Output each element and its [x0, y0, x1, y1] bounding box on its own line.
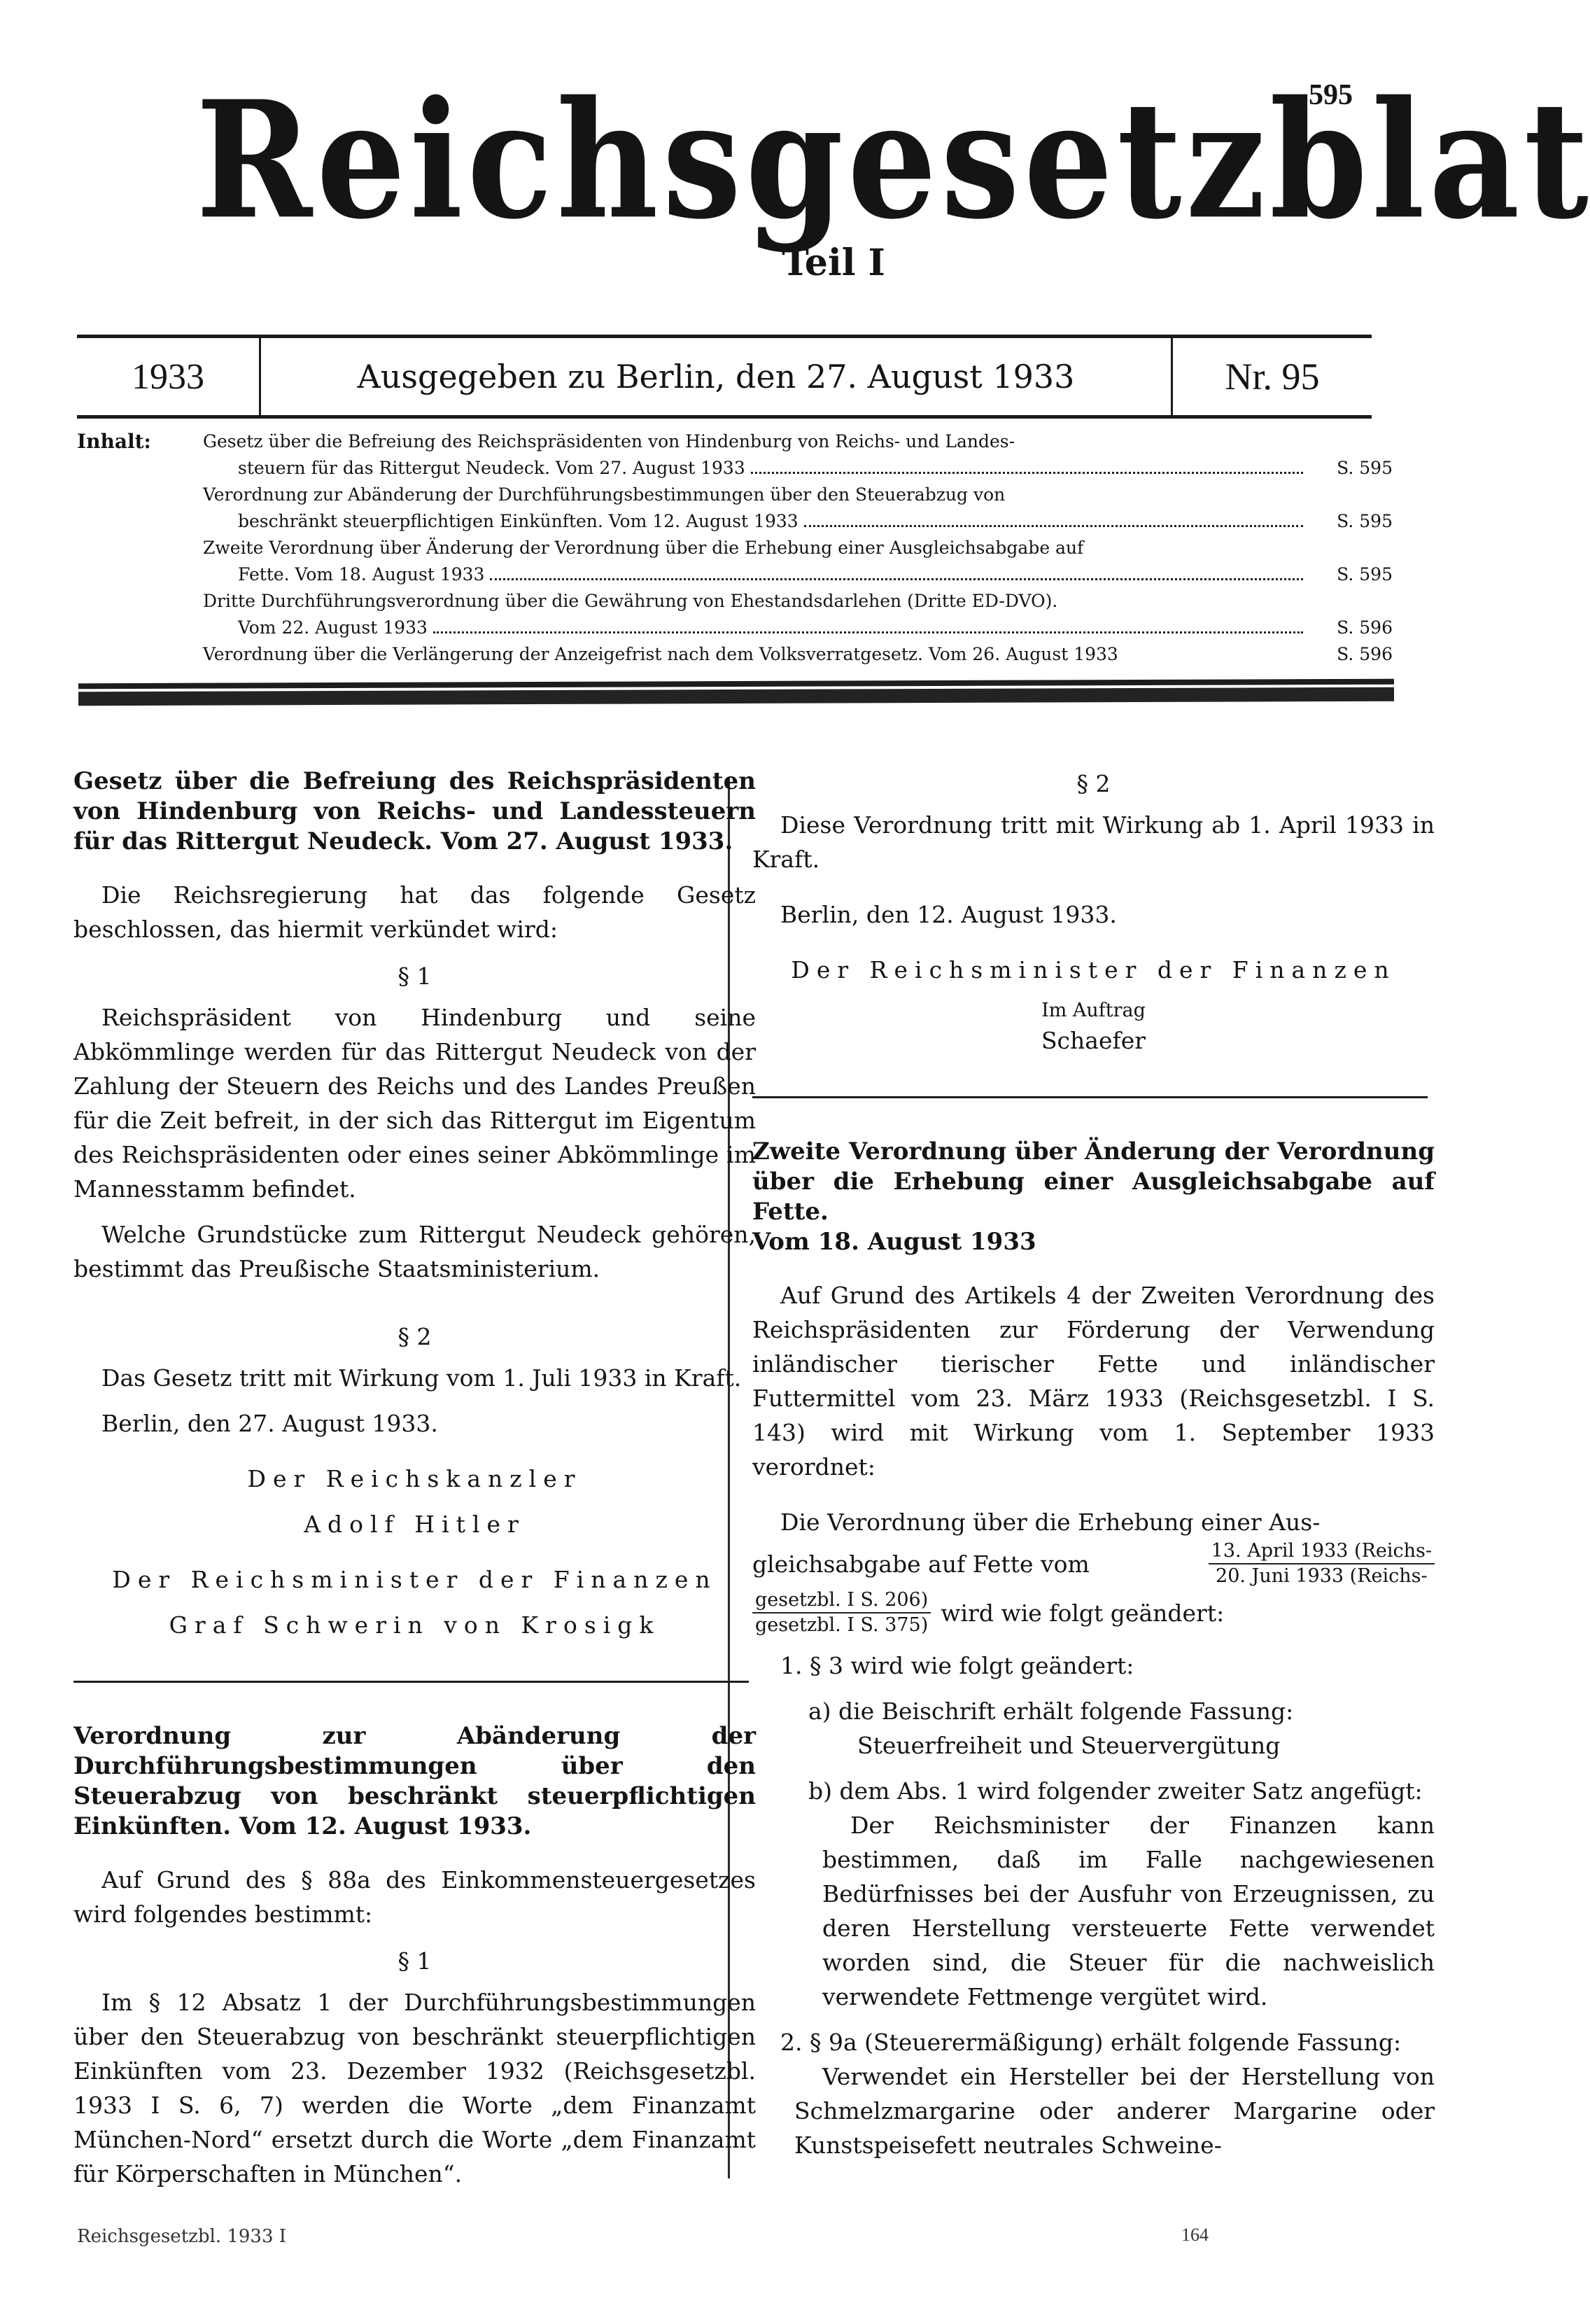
contents-item-title-cont: beschränkt steuerpflichtigen Einkünften.… [238, 508, 798, 535]
fraction-top: 13. April 1933 (Reichs- [1209, 1539, 1435, 1564]
amend-item-1a: a) die Beischrift erhält folgende Fassun… [752, 1694, 1435, 1728]
contents-item[interactable]: Zweite Verordnung über Änderung der Vero… [203, 535, 1393, 588]
contents-label: Inhalt: [77, 428, 151, 455]
signatory-title-chancellor: Der Reichskanzler [73, 1462, 756, 1496]
issue-date: Ausgegeben zu Berlin, den 27. August 193… [261, 338, 1173, 415]
contents-item-title: Dritte Durchführungsverordnung über die … [203, 588, 1309, 615]
part-label: Teil I [0, 241, 1590, 284]
section-2-text: Diese Verordnung tritt mit Wirkung ab 1.… [752, 808, 1435, 876]
contents-item-page: S. 596 [1316, 641, 1393, 668]
page-number: 595 [1309, 78, 1353, 112]
signatory-name: Schaefer [752, 1023, 1435, 1058]
amend-intro-line3: wird wie folgt geändert: [931, 1596, 1224, 1630]
section-sign-2: § 2 [73, 1319, 756, 1354]
signatory-name-chancellor: Adolf Hitler [73, 1507, 756, 1541]
amend-item-1b-text: Der Reichsminister der Finanzen kann bes… [822, 1808, 1435, 2014]
decree-heading-fette: Zweite Verordnung über Änderung der Vero… [752, 1137, 1435, 1227]
issue-number: Nr. 95 [1173, 338, 1372, 415]
issue-year: 1933 [77, 338, 261, 415]
amend-item-2: 2. § 9a (Steuerermäßigung) erhält folgen… [752, 2025, 1435, 2059]
dot-leader [490, 561, 1303, 580]
dot-leader [433, 615, 1303, 633]
contents-item[interactable]: Gesetz über die Befreiung des Reichspräs… [203, 428, 1393, 482]
fraction-bottom: 20. Juni 1933 (Reichs- [1209, 1564, 1435, 1588]
contents-item-title: Zweite Verordnung über Änderung der Vero… [203, 535, 1309, 561]
contents-item-title: Verordnung zur Abänderung der Durchführu… [203, 482, 1309, 508]
footer-sheet-number: 164 [1181, 2225, 1209, 2246]
dot-leader [751, 455, 1303, 474]
law-preamble: Die Reichsregierung hat das folgende Ges… [73, 878, 756, 946]
signatory-on-behalf: Im Auftrag [752, 998, 1435, 1023]
amend-intro-line1: Die Verordnung über die Erhebung einer A… [752, 1505, 1435, 1539]
decree-heading-steuerabzug: Verordnung zur Abänderung der Durchführu… [73, 1721, 756, 1842]
decree-preamble: Auf Grund des § 88a des Einkommensteuerg… [73, 1863, 756, 1931]
section-1-text: Reichspräsident von Hindenburg und seine… [73, 1000, 756, 1206]
dot-leader [804, 508, 1303, 527]
place-date: Berlin, den 12. August 1933. [752, 897, 1435, 932]
contents-list: Gesetz über die Befreiung des Reichspräs… [203, 428, 1393, 668]
place-date: Berlin, den 27. August 1933. [73, 1406, 756, 1441]
section-sign-2: § 2 [752, 766, 1435, 801]
header-rule-thick [78, 687, 1394, 706]
contents-item-title: Gesetz über die Befreiung des Reichspräs… [203, 428, 1309, 455]
amend-intro-fraction-row: gleichsabgabe auf Fette vom 13. April 19… [752, 1539, 1435, 1588]
contents-item[interactable]: Dritte Durchführungsverordnung über die … [203, 588, 1393, 641]
signatory-title-finance: Der Reichsminister der Finanzen [752, 953, 1435, 987]
decree-heading-date: Vom 18. August 1933 [752, 1227, 1435, 1257]
amend-item-1a-text: Steuerfreiheit und Steuervergütung [752, 1728, 1435, 1763]
section-1-text: Im § 12 Absatz 1 der Durchführungsbestim… [73, 1985, 756, 2191]
reference-fraction: gesetzbl. I S. 206) gesetzbl. I S. 375) [752, 1588, 931, 1637]
contents-item-title-cont: Fette. Vom 18. August 1933 [238, 561, 484, 588]
amend-item-1b: b) dem Abs. 1 wird folgender zweiter Sat… [752, 1774, 1435, 1808]
decree-preamble: Auf Grund des Artikels 4 der Zweiten Ver… [752, 1278, 1435, 1484]
contents-item-title: Verordnung über die Verlängerung der Anz… [203, 644, 1118, 664]
right-column: § 2 Diese Verordnung tritt mit Wirkung a… [752, 766, 1435, 2162]
contents-item-page: S. 596 [1316, 615, 1393, 641]
masthead-title: Reichsgesetzblatt [196, 80, 1260, 241]
contents-item-page: S. 595 [1316, 561, 1393, 588]
issue-band: 1933 Ausgegeben zu Berlin, den 27. Augus… [77, 335, 1372, 419]
date-fraction: 13. April 1933 (Reichs- 20. Juni 1933 (R… [1209, 1539, 1435, 1588]
contents-item-title-cont: steuern für das Rittergut Neudeck. Vom 2… [238, 455, 745, 482]
contents-item-title-cont: Vom 22. August 1933 [238, 615, 428, 641]
fraction-top: gesetzbl. I S. 206) [752, 1588, 931, 1613]
signatory-title-finance: Der Reichsminister der Finanzen [73, 1562, 756, 1597]
left-column: Gesetz über die Befreiung des Reichspräs… [73, 766, 756, 2191]
section-1-text-2: Welche Grundstücke zum Rittergut Neudeck… [73, 1217, 756, 1286]
fraction-bottom: gesetzbl. I S. 375) [752, 1613, 931, 1637]
section-2-text: Das Gesetz tritt mit Wirkung vom 1. Juli… [73, 1361, 756, 1395]
contents-item[interactable]: Verordnung zur Abänderung der Durchführu… [203, 482, 1393, 535]
amend-item-2-text: Verwendet ein Hersteller bei der Herstel… [794, 2059, 1435, 2162]
contents-item-page: S. 595 [1316, 455, 1393, 482]
amend-intro-line2: gleichsabgabe auf Fette vom [752, 1547, 1209, 1581]
contents-item[interactable]: Verordnung über die Verlängerung der Anz… [203, 641, 1393, 668]
footer-publication: Reichsgesetzbl. 1933 I [77, 2226, 286, 2247]
contents-item-page: S. 595 [1316, 508, 1393, 535]
signatory-name-finance: Graf Schwerin von Krosigk [73, 1608, 756, 1642]
amend-item-1: 1. § 3 wird wie folgt geändert: [752, 1648, 1435, 1683]
law-heading-hindenburg: Gesetz über die Befreiung des Reichspräs… [73, 766, 756, 857]
section-sign-1: § 1 [73, 1944, 756, 1978]
section-sign-1: § 1 [73, 959, 756, 993]
